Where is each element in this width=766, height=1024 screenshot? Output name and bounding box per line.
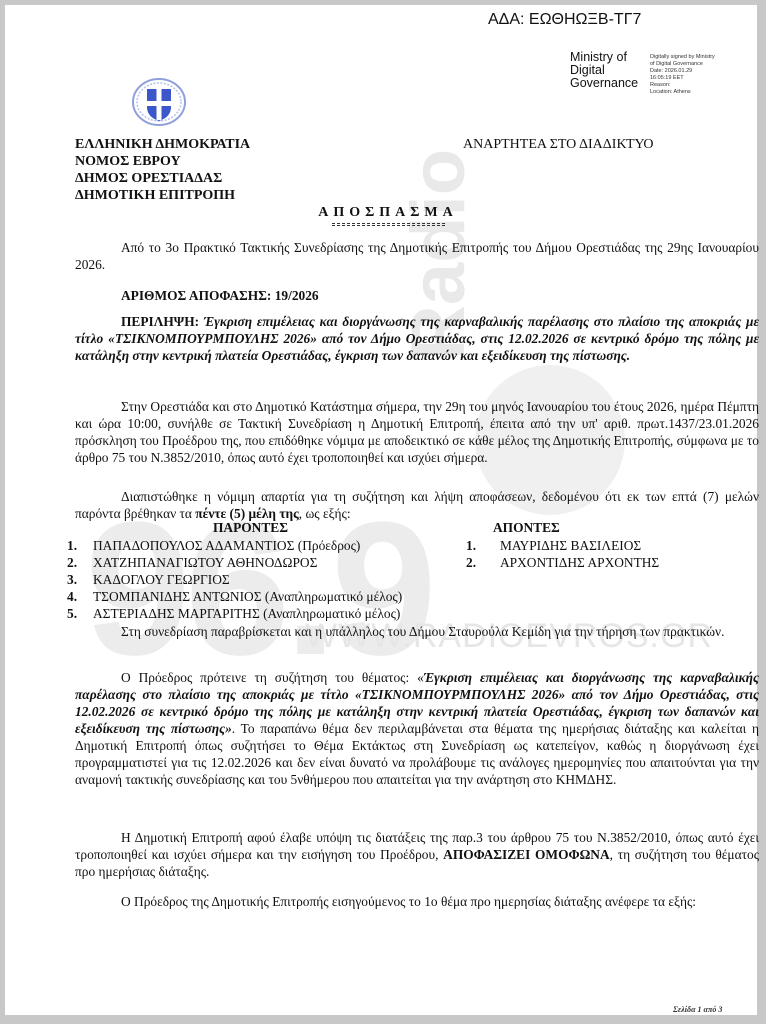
member-number: 3. <box>67 571 93 588</box>
decision-number: ΑΡΙΘΜΟΣ ΑΠΟΦΑΣΗΣ: 19/2026 <box>121 287 721 304</box>
signature-line: of Digital Governance <box>650 61 740 68</box>
issuer-line: ΔΗΜΟΤΙΚΗ ΕΠΙΤΡΟΠΗ <box>75 187 250 204</box>
present-member: 4.ΤΣΟΜΠΑΝΙΔΗΣ ΑΝΤΩΝΙΟΣ (Αναπληρωματικό μ… <box>67 588 402 605</box>
member-number: 1. <box>466 537 500 554</box>
signature-line: 16:05:19 EET <box>650 75 740 82</box>
title-underline <box>332 223 445 226</box>
document-page: Radio 96.9 WWW.RADIOEVROS.GR ΑΔΑ: ΕΩΘΗΩΞ… <box>5 5 757 1015</box>
secretary-paragraph: Στη συνεδρίαση παραβρίσκεται και η υπάλλ… <box>75 623 759 640</box>
member-number: 2. <box>466 554 500 571</box>
member-number: 4. <box>67 588 93 605</box>
signature-line: Date: 2026.01.29 <box>650 68 740 75</box>
member-role: (Πρόεδρος) <box>298 538 361 553</box>
document-title: ΑΠΟΣΠΑΣΜΑ <box>5 205 766 221</box>
member-number: 1. <box>67 537 93 554</box>
issuer-line: ΔΗΜΟΣ ΟΡΕΣΤΙΑΔΑΣ <box>75 170 250 187</box>
member-name: ΠΑΠΑΔΟΠΟΥΛΟΣ ΑΔΑΜΑΝΤΙΟΣ <box>93 538 294 553</box>
quorum-text-end: , ως εξής: <box>299 506 351 521</box>
member-name: ΑΣΤΕΡΙΑΔΗΣ ΜΑΡΓΑΡΙΤΗΣ <box>93 606 260 621</box>
issuer-line: ΝΟΜΟΣ ΕΒΡΟΥ <box>75 153 250 170</box>
member-number: 5. <box>67 605 93 622</box>
present-member: 3.ΚΑΔΟΓΛΟΥ ΓΕΩΡΓΙΟΣ <box>67 571 402 588</box>
decision-verdict: ΑΠΟΦΑΣΙΖΕΙ ΟΜΟΦΩΝΑ <box>443 847 610 862</box>
publish-notice: ΑΝΑΡΤΗΤΕΑ ΣΤΟ ΔΙΑΔΙΚΤΥΟ <box>463 137 653 153</box>
absent-member: 2.ΑΡΧΟΝΤΙΔΗΣ ΑΡΧΟΝΤΗΣ <box>466 554 659 571</box>
proposal-text: Ο Πρόεδρος πρότεινε τη συζήτηση του θέμα… <box>121 670 424 685</box>
proposal-paragraph: Ο Πρόεδρος πρότεινε τη συζήτηση του θέμα… <box>75 669 759 788</box>
decision-paragraph: Η Δημοτική Επιτροπή αφού έλαβε υπόψη τις… <box>75 829 759 880</box>
member-name: ΤΣΟΜΠΑΝΙΔΗΣ ΑΝΤΩΝΙΟΣ <box>93 589 262 604</box>
member-name: ΧΑΤΖΗΠΑΝΑΓΙΩΤΟΥ ΑΘΗΝΟΔΩΡΟΣ <box>93 555 317 570</box>
intro-paragraph: Από το 3ο Πρακτικό Τακτικής Συνεδρίασης … <box>75 239 759 273</box>
quorum-text: Διαπιστώθηκε η νόμιμη απαρτία για τη συζ… <box>75 489 759 521</box>
page-number: Σελίδα 1 από 3 <box>673 1005 722 1014</box>
present-member: 1.ΠΑΠΑΔΟΠΟΥΛΟΣ ΑΔΑΜΑΝΤΙΟΣ (Πρόεδρος) <box>67 537 402 554</box>
issuer-line: ΕΛΛΗΝΙΚΗ ΔΗΜΟΚΡΑΤΙΑ <box>75 136 250 153</box>
member-role: (Αναπληρωματικό μέλος) <box>265 589 402 604</box>
quorum-count: πέντε (5) μέλη της <box>195 506 299 521</box>
absent-member: 1.ΜΑΥΡΙΔΗΣ ΒΑΣΙΛΕΙΟΣ <box>466 537 659 554</box>
final-paragraph: Ο Πρόεδρος της Δημοτικής Επιτροπής εισηγ… <box>75 893 759 910</box>
issuer-header: ΕΛΛΗΝΙΚΗ ΔΗΜΟΚΡΑΤΙΑ ΝΟΜΟΣ ΕΒΡΟΥ ΔΗΜΟΣ ΟΡ… <box>75 136 250 204</box>
member-role: (Αναπληρωματικό μέλος) <box>263 606 400 621</box>
signature-details: Digitally signed by Ministry of Digital … <box>650 54 740 96</box>
signature-name: Ministry of Digital Governance <box>570 51 645 90</box>
digital-signature: Ministry of Digital Governance Digitally… <box>570 51 645 90</box>
summary-label: ΠΕΡΙΛΗΨΗ: <box>121 314 199 329</box>
member-number: 2. <box>67 554 93 571</box>
member-name: ΑΡΧΟΝΤΙΔΗΣ ΑΡΧΟΝΤΗΣ <box>500 555 659 570</box>
meeting-paragraph: Στην Ορεστιάδα και στο Δημοτικό Κατάστημ… <box>75 398 759 466</box>
absent-list: 1.ΜΑΥΡΙΔΗΣ ΒΑΣΙΛΕΙΟΣ 2.ΑΡΧΟΝΤΙΔΗΣ ΑΡΧΟΝΤ… <box>466 537 659 571</box>
signature-line: Digitally signed by Ministry <box>650 54 740 61</box>
member-name: ΜΑΥΡΙΔΗΣ ΒΑΣΙΛΕΙΟΣ <box>500 538 641 553</box>
member-name: ΚΑΔΟΓΛΟΥ ΓΕΩΡΓΙΟΣ <box>93 572 230 587</box>
absent-heading: ΑΠΟΝΤΕΣ <box>493 520 560 536</box>
present-member: 5.ΑΣΤΕΡΙΑΔΗΣ ΜΑΡΓΑΡΙΤΗΣ (Αναπληρωματικό … <box>67 605 402 622</box>
summary-paragraph: ΠΕΡΙΛΗΨΗ: Έγκριση επιμέλειας και διοργάν… <box>75 313 759 364</box>
ada-code: ΑΔΑ: ΕΩΘΗΩΞΒ-ΤΓ7 <box>488 11 641 29</box>
signature-line: Location: Athens <box>650 89 740 96</box>
present-member: 2.ΧΑΤΖΗΠΑΝΑΓΙΩΤΟΥ ΑΘΗΝΟΔΩΡΟΣ <box>67 554 402 571</box>
signature-line: Reason: <box>650 82 740 89</box>
present-list: 1.ΠΑΠΑΔΟΠΟΥΛΟΣ ΑΔΑΜΑΝΤΙΟΣ (Πρόεδρος) 2.Χ… <box>67 537 402 622</box>
greek-emblem-icon <box>130 77 188 127</box>
present-heading: ΠΑΡΟΝΤΕΣ <box>213 520 288 536</box>
quorum-paragraph: Διαπιστώθηκε η νόμιμη απαρτία για τη συζ… <box>75 488 759 522</box>
